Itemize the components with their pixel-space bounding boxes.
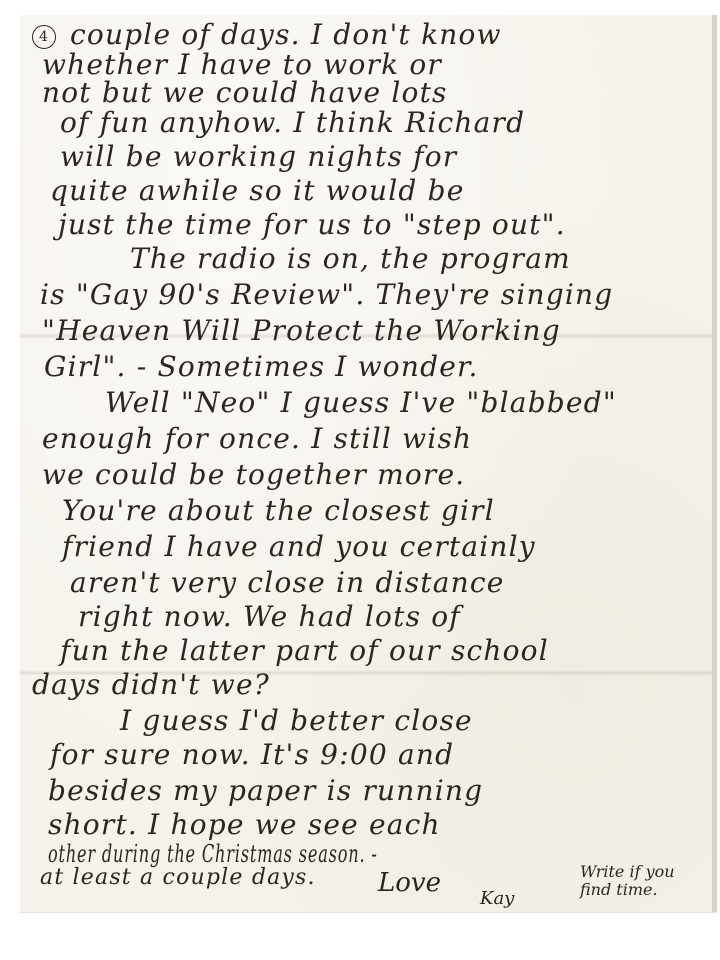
- letter-line-23: besides my paper is running: [48, 775, 483, 807]
- letter-line-20: days didn't we?: [32, 669, 270, 701]
- letter-line-19: fun the latter part of our school: [60, 635, 549, 667]
- letter-line-14: we could be together more.: [42, 459, 465, 491]
- letter-line-10: "Heaven Will Protect the Working: [42, 315, 561, 347]
- letter-line-3: not but we could have lots: [42, 77, 448, 109]
- signature: Kay: [480, 888, 514, 909]
- letter-line-9: is "Gay 90's Review". They're singing: [40, 279, 613, 311]
- letter-line-13: enough for once. I still wish: [42, 423, 472, 455]
- letter-line-11: Girl". - Sometimes I wonder.: [44, 351, 479, 383]
- letter-line-26: at least a couple days.: [40, 862, 316, 894]
- letter-line-18: right now. We had lots of: [78, 601, 461, 633]
- letter-page: 4couple of days. I don't know whether I …: [20, 15, 716, 912]
- postscript-line-2: find time.: [580, 880, 658, 899]
- letter-line-16: friend I have and you certainly: [62, 531, 536, 563]
- letter-line-6: quite awhile so it would be: [50, 175, 464, 207]
- line-text: couple of days. I don't know: [70, 18, 502, 51]
- letter-line-8: The radio is on, the program: [130, 243, 571, 275]
- letter-line-17: aren't very close in distance: [70, 567, 505, 599]
- letter-line-7: just the time for us to "step out".: [58, 209, 566, 241]
- letter-line-5: will be working nights for: [60, 141, 457, 173]
- closing-love: Love: [378, 868, 441, 898]
- letter-line-4: of fun anyhow. I think Richard: [60, 107, 525, 139]
- page-number-circle: 4: [32, 25, 56, 49]
- postscript-line-1: Write if you: [580, 862, 675, 881]
- letter-line-12: Well "Neo" I guess I've "blabbed": [105, 387, 617, 419]
- letter-line-22: for sure now. It's 9:00 and: [50, 739, 454, 771]
- letter-line-21: I guess I'd better close: [120, 705, 473, 737]
- letter-line-15: You're about the closest girl: [62, 495, 495, 527]
- letter-line-24: short. I hope we see each: [48, 809, 441, 841]
- letter-line-1: 4couple of days. I don't know: [32, 19, 502, 51]
